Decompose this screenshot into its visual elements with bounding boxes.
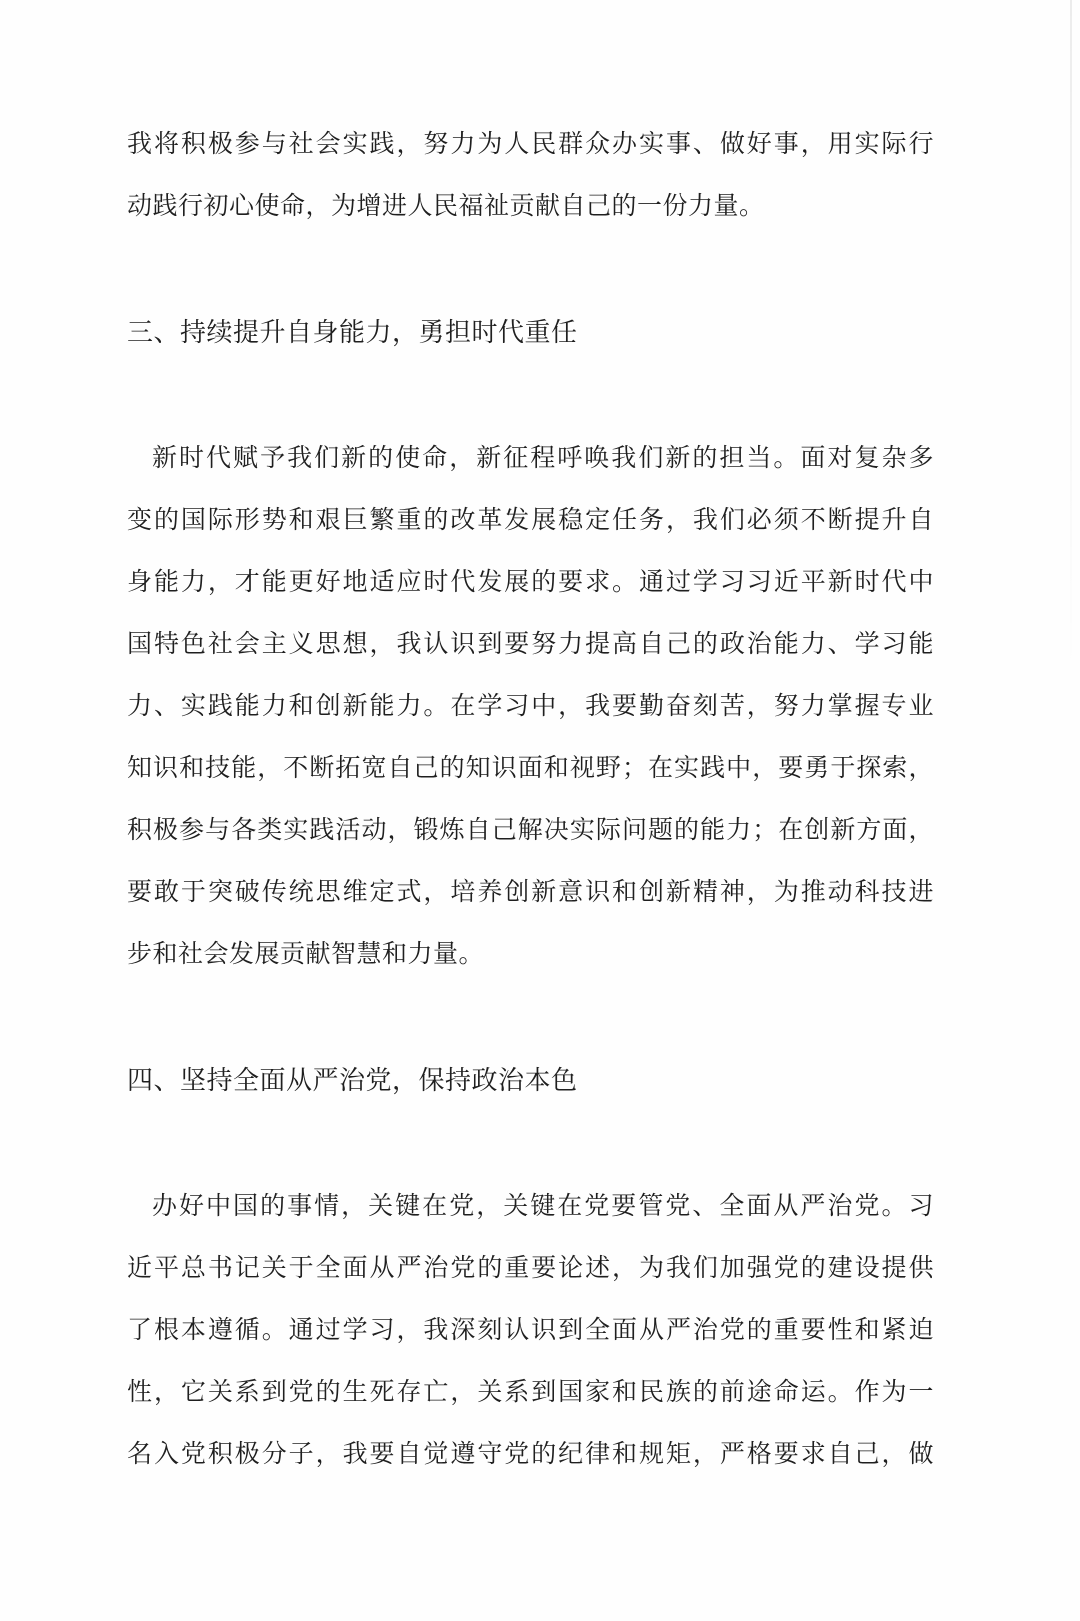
- text-line: 性，它关系到党的生死存亡，关系到国家和民族的前途命运。作为一: [127, 1362, 934, 1424]
- text-line: 办好中国的事情，关键在党，关键在党要管党、全面从严治党。习: [127, 1176, 934, 1238]
- text-line: 名入党积极分子，我要自觉遵守党的纪律和规矩，严格要求自己，做: [127, 1424, 934, 1486]
- text-line: 新时代赋予我们新的使命，新征程呼唤我们新的担当。面对复杂多: [127, 428, 934, 490]
- text-line: 积极参与各类实践活动，锻炼自己解决实际问题的能力；在创新方面，: [127, 800, 934, 862]
- text-line: 力、实践能力和创新能力。在学习中，我要勤奋刻苦，努力掌握专业: [127, 676, 934, 738]
- section-heading-4: 四、坚持全面从严治党，保持政治本色: [127, 1050, 934, 1112]
- text-line: 国特色社会主义思想，我认识到要努力提高自己的政治能力、学习能: [127, 614, 934, 676]
- text-line: 知识和技能，不断拓宽自己的知识面和视野；在实践中，要勇于探索，: [127, 738, 934, 800]
- heading-text: 三、持续提升自身能力，勇担时代重任: [127, 302, 934, 364]
- paragraph: 办好中国的事情，关键在党，关键在党要管党、全面从严治党。习 近平总书记关于全面从…: [127, 1176, 934, 1486]
- section-heading-3: 三、持续提升自身能力，勇担时代重任: [127, 302, 934, 364]
- text-line: 我将积极参与社会实践，努力为人民群众办实事、做好事，用实际行: [127, 114, 934, 176]
- paragraph: 我将积极参与社会实践，努力为人民群众办实事、做好事，用实际行 动践行初心使命，为…: [127, 114, 934, 238]
- text-line: 近平总书记关于全面从严治党的重要论述，为我们加强党的建设提供: [127, 1238, 934, 1300]
- document-page: 我将积极参与社会实践，努力为人民群众办实事、做好事，用实际行 动践行初心使命，为…: [0, 0, 1080, 1621]
- text-line: 变的国际形势和艰巨繁重的改革发展稳定任务，我们必须不断提升自: [127, 490, 934, 552]
- page-edge-shadow: [1070, 0, 1072, 680]
- document-content: 我将积极参与社会实践，努力为人民群众办实事、做好事，用实际行 动践行初心使命，为…: [0, 0, 1080, 1486]
- text-line: 步和社会发展贡献智慧和力量。: [127, 924, 934, 986]
- text-line: 动践行初心使命，为增进人民福祉贡献自己的一份力量。: [127, 176, 934, 238]
- heading-text: 四、坚持全面从严治党，保持政治本色: [127, 1050, 934, 1112]
- text-line: 了根本遵循。通过学习，我深刻认识到全面从严治党的重要性和紧迫: [127, 1300, 934, 1362]
- text-line: 身能力，才能更好地适应时代发展的要求。通过学习习近平新时代中: [127, 552, 934, 614]
- text-line: 要敢于突破传统思维定式，培养创新意识和创新精神，为推动科技进: [127, 862, 934, 924]
- paragraph: 新时代赋予我们新的使命，新征程呼唤我们新的担当。面对复杂多 变的国际形势和艰巨繁…: [127, 428, 934, 986]
